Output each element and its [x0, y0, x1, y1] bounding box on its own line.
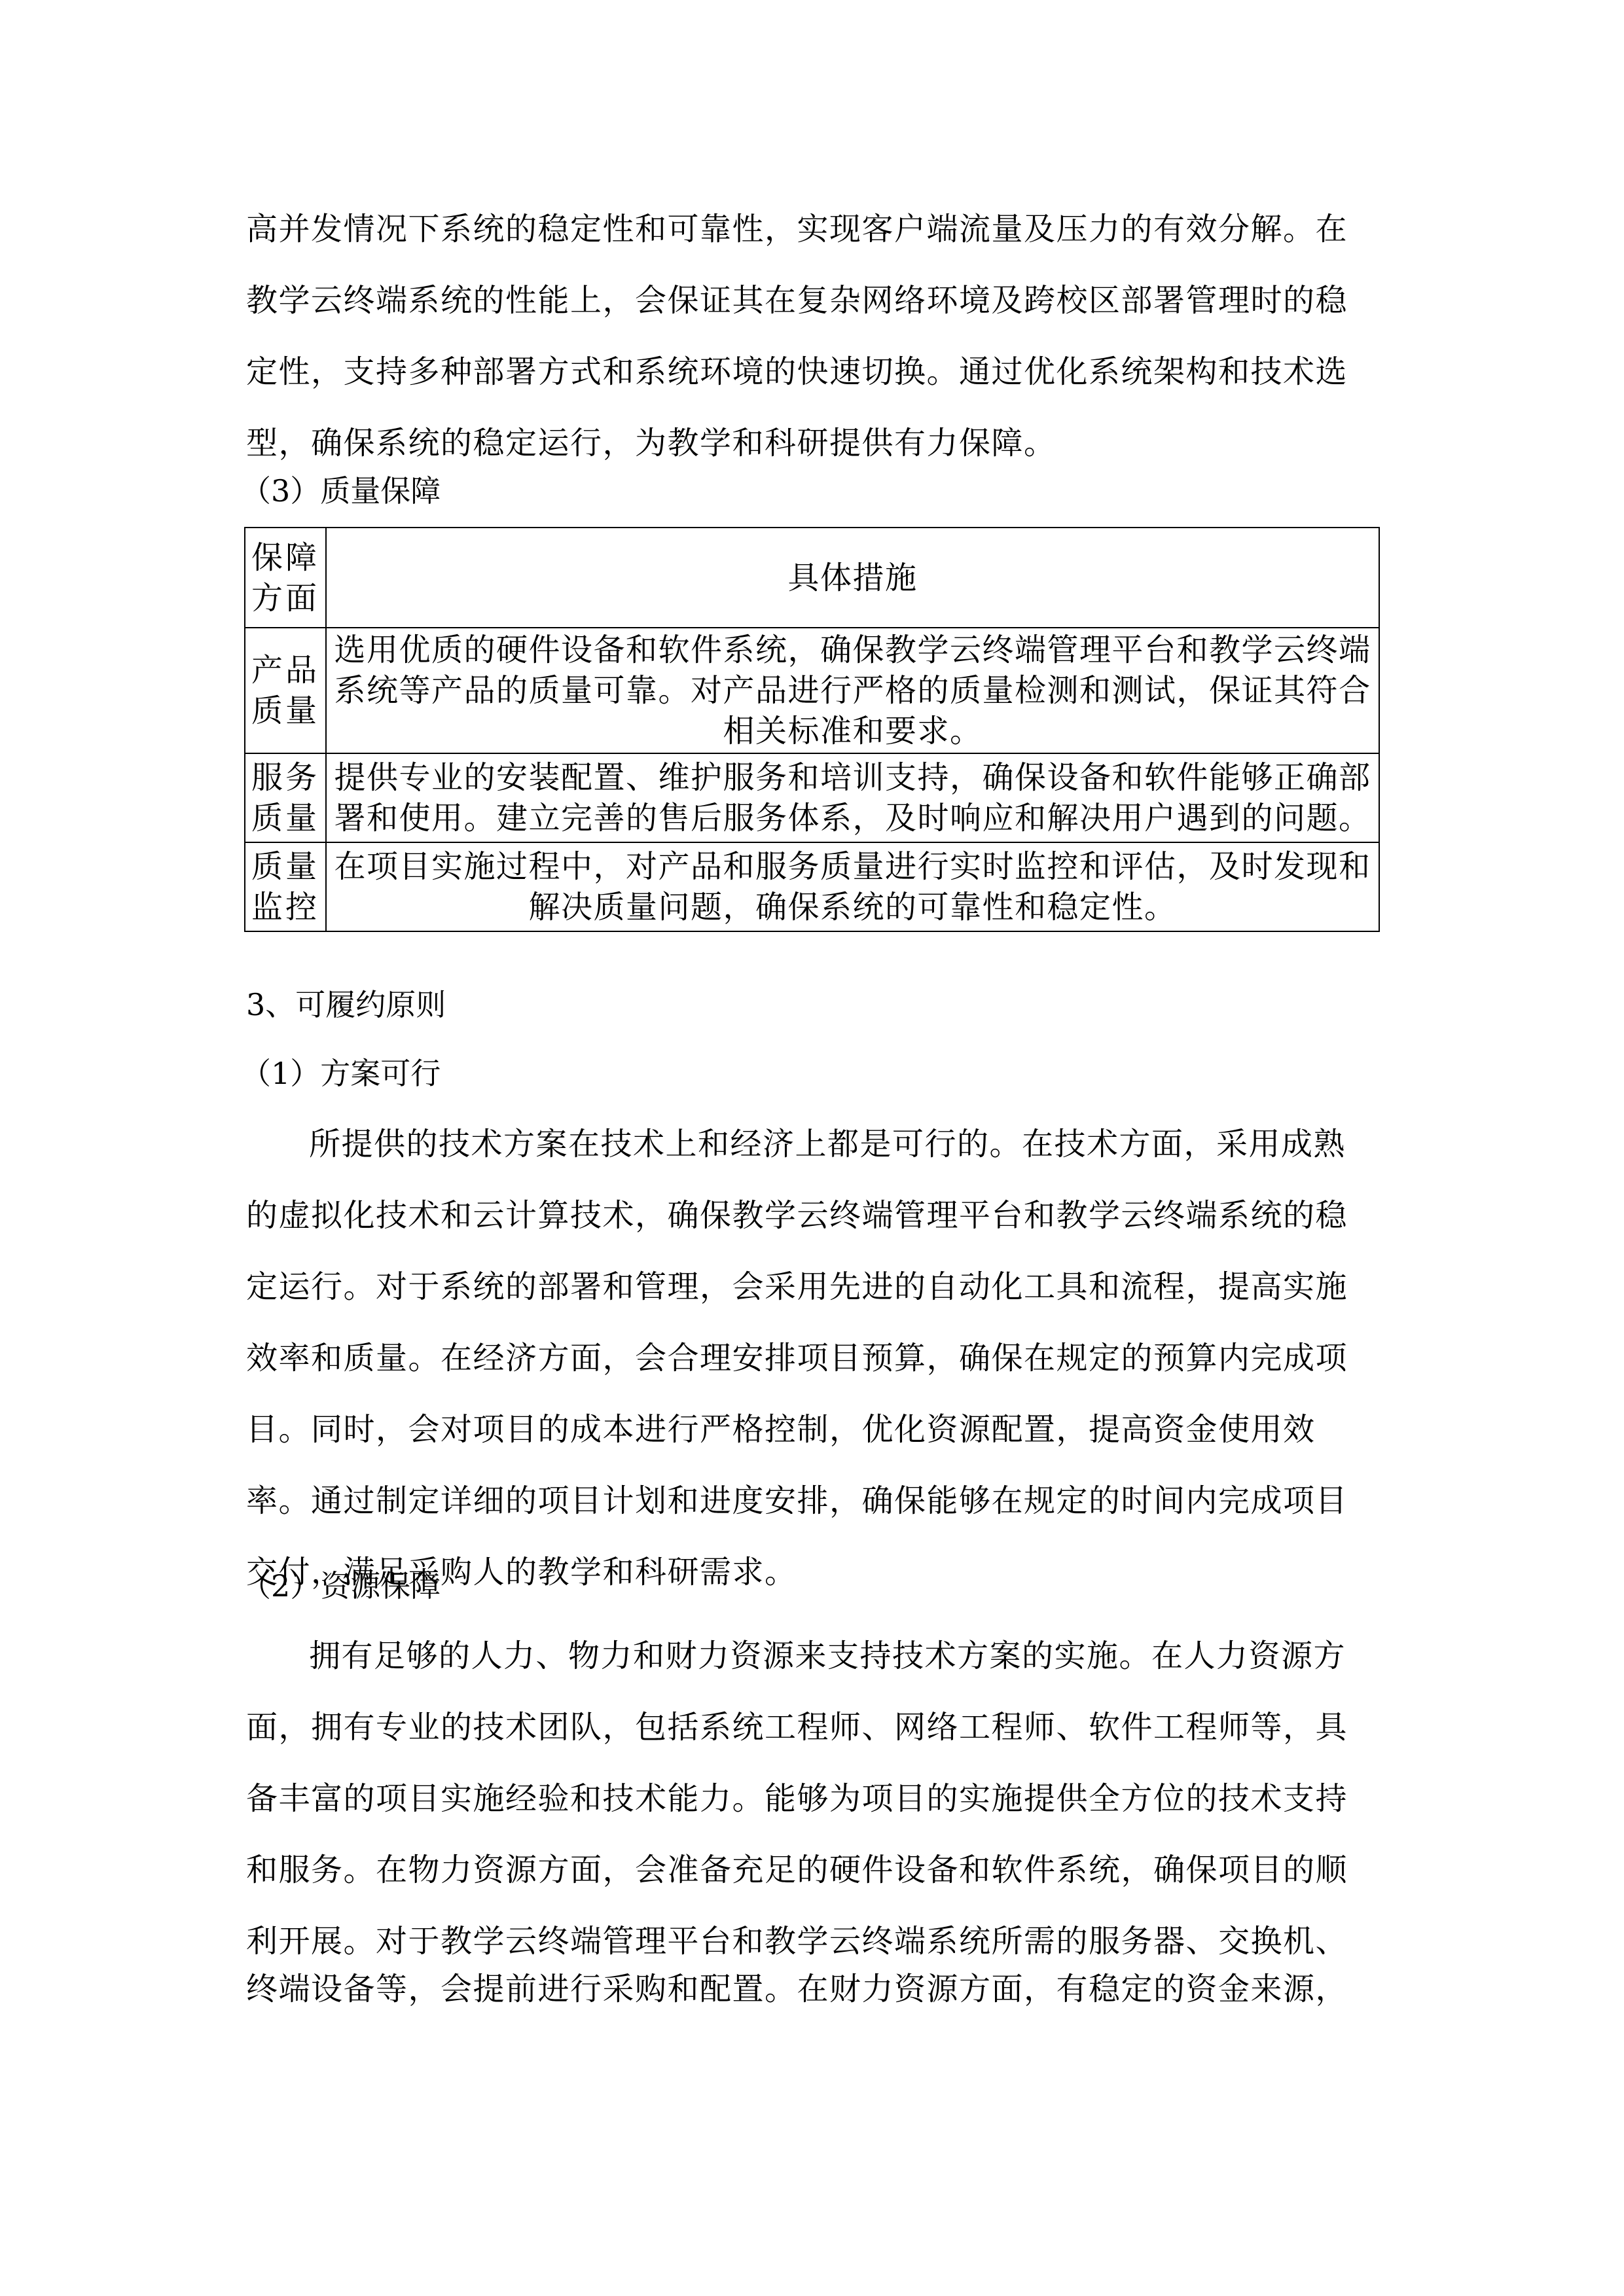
row-measure-line: 解决质量问题，确保系统的可靠性和稳定性。	[331, 887, 1375, 927]
section-heading-performability: 3、可履约原则	[246, 985, 446, 1024]
row-measure-line: 署和使用。建立完善的售后服务体系，及时响应和解决用户遇到的问题。	[331, 798, 1375, 838]
row-measure-line: 提供专业的安装配置、维护服务和培训支持，确保设备和软件能够正确部	[331, 757, 1375, 798]
paragraph-line: 所提供的技术方案在技术上和经济上都是可行的。在技术方面，采用成熟	[309, 1124, 1448, 1164]
paragraph-line: 和服务。在物力资源方面，会准备充足的硬件设备和软件系统，确保项目的顺	[246, 1850, 1385, 1890]
row-aspect-line: 质量	[248, 846, 323, 887]
row-measure-line: 相关标准和要求。	[331, 711, 1375, 751]
row-measure-line: 系统等产品的质量可靠。对产品进行严格的质量检测和测试，保证其符合	[331, 670, 1375, 711]
table-row: 质量 监控 在项目实施过程中，对产品和服务质量进行实时监控和评估，及时发现和 解…	[245, 842, 1379, 931]
paragraph-line: 型，确保系统的稳定运行，为教学和科研提供有力保障。	[246, 423, 1385, 463]
paragraph-line: 教学云终端系统的性能上，会保证其在复杂网络环境及跨校区部署管理时的稳	[246, 281, 1385, 320]
row-measure: 选用优质的硬件设备和软件系统，确保教学云终端管理平台和教学云终端 系统等产品的质…	[326, 628, 1379, 753]
paragraph-line: 拥有足够的人力、物力和财力资源来支持技术方案的实施。在人力资源方	[309, 1636, 1448, 1676]
row-measure-line: 在项目实施过程中，对产品和服务质量进行实时监控和评估，及时发现和	[331, 846, 1375, 887]
paragraph-line: 终端设备等，会提前进行采购和配置。在财力资源方面，有稳定的资金来源，	[246, 1969, 1385, 2009]
table-row: 服务 质量 提供专业的安装配置、维护服务和培训支持，确保设备和软件能够正确部 署…	[245, 753, 1379, 842]
quality-table: 保障 方面 具体措施 产品 质量 选用优质的硬件设备和软件系统，确保教学云终端管…	[244, 527, 1380, 932]
row-aspect-line: 产品	[248, 650, 323, 691]
header-aspect-line: 保障	[248, 537, 323, 578]
paragraph-line: 面，拥有专业的技术团队，包括系统工程师、网络工程师、软件工程师等，具	[246, 1708, 1385, 1747]
row-aspect-line: 质量	[248, 798, 323, 838]
paragraph-line: 率。通过制定详细的项目计划和进度安排，确保能够在规定的时间内完成项目	[246, 1481, 1385, 1520]
paragraph-line: 高并发情况下系统的稳定性和可靠性，实现客户端流量及压力的有效分解。在	[246, 209, 1385, 249]
row-aspect-line: 质量	[248, 691, 323, 731]
document-page: 高并发情况下系统的稳定性和可靠性，实现客户端流量及压力的有效分解。在 教学云终端…	[0, 0, 1624, 2296]
paragraph-line: 目。同时，会对项目的成本进行严格控制，优化资源配置，提高资金使用效	[246, 1410, 1385, 1449]
subsection-heading-resources: （2）资源保障	[241, 1566, 441, 1605]
paragraph-line: 定运行。对于系统的部署和管理，会采用先进的自动化工具和流程，提高实施	[246, 1267, 1385, 1306]
row-aspect: 产品 质量	[245, 628, 326, 753]
paragraph-line: 效率和质量。在经济方面，会合理安排项目预算，确保在规定的预算内完成项	[246, 1338, 1385, 1378]
table-row: 产品 质量 选用优质的硬件设备和软件系统，确保教学云终端管理平台和教学云终端 系…	[245, 628, 1379, 753]
header-aspect: 保障 方面	[245, 528, 326, 628]
paragraph-line: 备丰富的项目实施经验和技术能力。能够为项目的实施提供全方位的技术支持	[246, 1779, 1385, 1818]
row-aspect: 质量 监控	[245, 842, 326, 931]
row-measure: 在项目实施过程中，对产品和服务质量进行实时监控和评估，及时发现和 解决质量问题，…	[326, 842, 1379, 931]
header-aspect-line: 方面	[248, 578, 323, 619]
paragraph-line: 的虚拟化技术和云计算技术，确保教学云终端管理平台和教学云终端系统的稳	[246, 1196, 1385, 1235]
row-aspect: 服务 质量	[245, 753, 326, 842]
row-measure-line: 选用优质的硬件设备和软件系统，确保教学云终端管理平台和教学云终端	[331, 630, 1375, 670]
row-aspect-line: 监控	[248, 887, 323, 927]
paragraph-line: 定性，支持多种部署方式和系统环境的快速切换。通过优化系统架构和技术选	[246, 352, 1385, 391]
row-aspect-line: 服务	[248, 757, 323, 798]
table-header-row: 保障 方面 具体措施	[245, 528, 1379, 628]
subsection-heading-feasible: （1）方案可行	[241, 1054, 441, 1093]
row-measure: 提供专业的安装配置、维护服务和培训支持，确保设备和软件能够正确部 署和使用。建立…	[326, 753, 1379, 842]
header-measure: 具体措施	[326, 528, 1379, 628]
paragraph-line: 利开展。对于教学云终端管理平台和教学云终端系统所需的服务器、交换机、	[246, 1922, 1385, 1961]
section-heading-quality: （3）质量保障	[241, 471, 441, 511]
